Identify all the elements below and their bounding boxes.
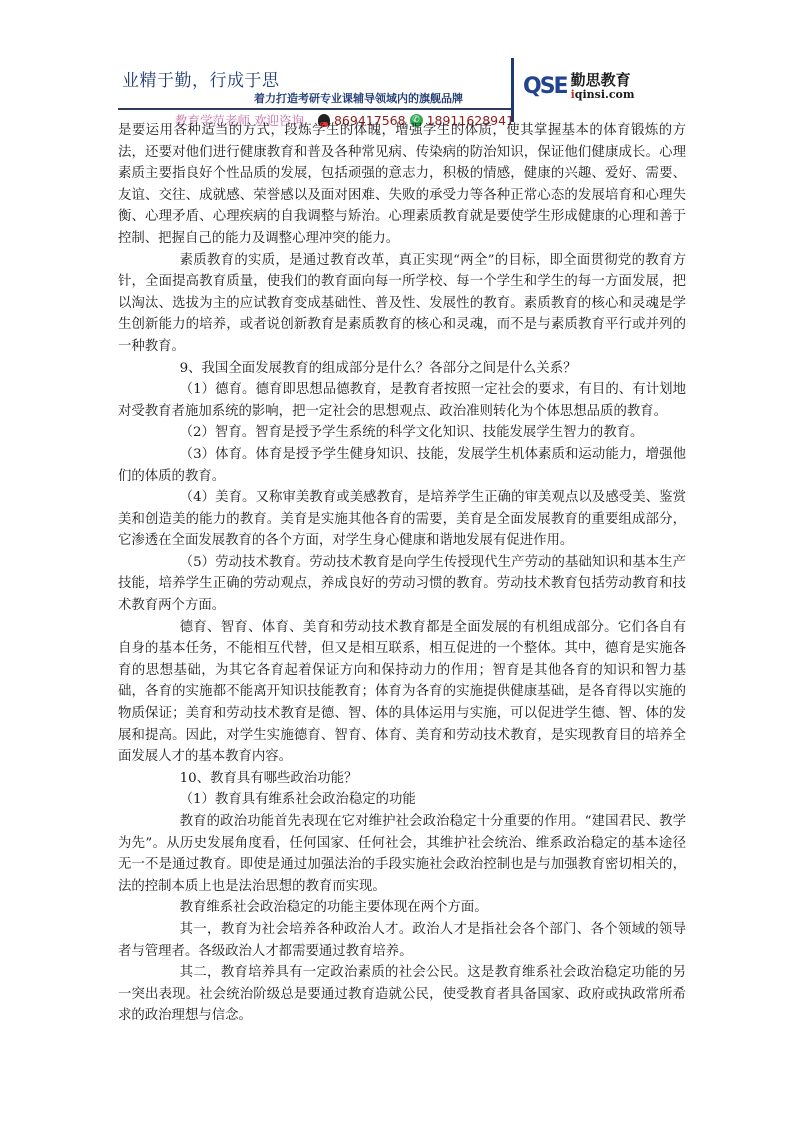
tagline: 着力打造考研专业课辅导领域内的旗舰品牌: [254, 90, 463, 106]
paragraph: （3）体育。体育是授予学生健身知识、技能，发展学生机体素质和运动能力，增强他们的…: [118, 444, 686, 487]
logo-name: 勤思教育: [571, 72, 635, 89]
paragraph: （4）美育。又称审美教育或美感教育，是培养学生正确的审美观点以及感受美、鉴赏美和…: [118, 487, 686, 552]
paragraph: 教育维系社会政治稳定的功能主要体现在两个方面。: [118, 897, 686, 919]
paragraph: 其二，教育培养具有一定政治素质的社会公民。这是教育维系社会政治稳定功能的另一突出…: [118, 962, 686, 1027]
paragraph: 其一，教育为社会培养各种政治人才。政治人才是指社会各个部门、各个领域的领导者与管…: [118, 919, 686, 962]
paragraph: （2）智育。智育是授予学生系统的科学文化知识、技能发展学生智力的教育。: [118, 422, 686, 444]
brand-logo: QSE 勤思教育 iqinsi.com: [523, 72, 635, 101]
slogan: 业精于勤，行成于思: [122, 66, 280, 91]
logo-mark: QSE: [523, 74, 567, 99]
question-heading: 10、教育具有哪些政治功能？: [118, 768, 686, 790]
paragraph: （1）德育。德育即思想品德教育，是教育者按照一定社会的要求，有目的、有计划地对受…: [118, 379, 686, 422]
logo-url: iqinsi.com: [571, 89, 635, 101]
header-divider: [118, 108, 512, 110]
paragraph: 是要运用各种适当的方式，段炼学生的体魄，增强学生的体质，使其掌握基本的体育锻炼的…: [118, 120, 686, 250]
paragraph: 教育的政治功能首先表现在它对维护社会政治稳定十分重要的作用。“建国君民、教学为先…: [118, 811, 686, 897]
question-heading: 9、我国全面发展教育的组成部分是什么？各部分之间是什么关系？: [118, 358, 686, 380]
header-vertical-divider: [511, 58, 514, 122]
document-body: 是要运用各种适当的方式，段炼学生的体魄，增强学生的体质，使其掌握基本的体育锻炼的…: [118, 120, 686, 1027]
paragraph: （5）劳动技术教育。劳动技术教育是向学生传授现代生产劳动的基础知识和基本生产技能…: [118, 552, 686, 617]
paragraph: 素质教育的实质，是通过教育改革，真正实现“两全”的目标，即全面贯彻党的教育方针，…: [118, 250, 686, 358]
paragraph: 德育、智育、体育、美育和劳动技术教育都是全面发展的有机组成部分。它们各自有自身的…: [118, 617, 686, 768]
page-header: 业精于勤，行成于思 着力打造考研专业课辅导领域内的旗舰品牌 教育学范老师 欢迎咨…: [118, 50, 688, 122]
sub-heading: （1）教育具有维系社会政治稳定的功能: [118, 789, 686, 811]
